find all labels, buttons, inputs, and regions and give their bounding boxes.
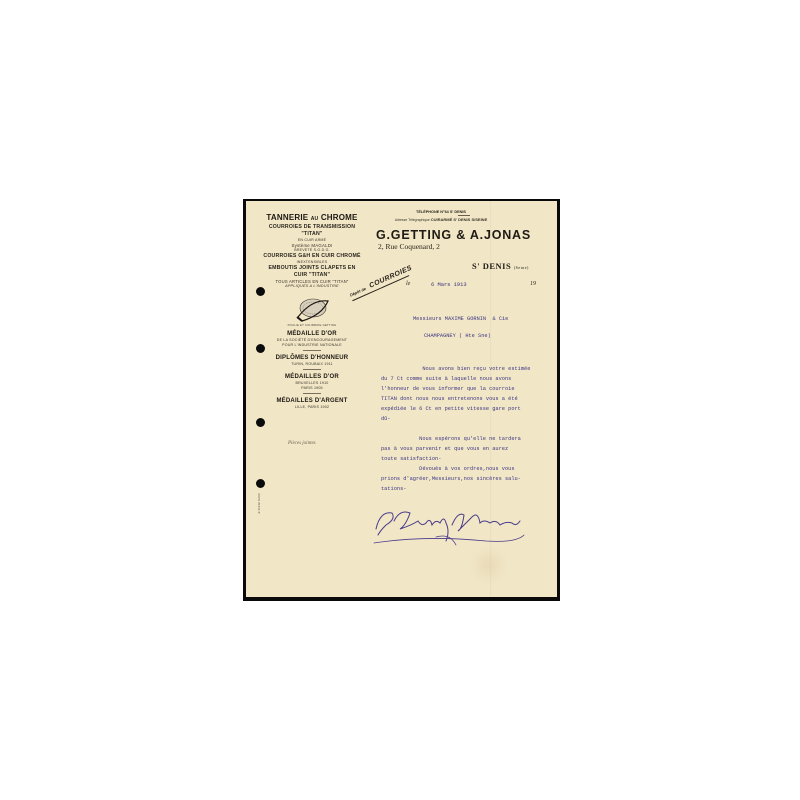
body-line: TITAN dont nous nous entretenons vous a …	[381, 394, 530, 404]
product-line: COURROIES DE TRANSMISSION "TITAN"	[262, 224, 362, 238]
medal-line: PARIS 1905	[262, 386, 362, 391]
divider	[458, 215, 470, 216]
letter-page: IMPRIMERIE TANNERIE AU CHROME COURROIES …	[246, 201, 557, 597]
punch-hole	[256, 479, 265, 488]
firm-name: G.GETTING & A.JONAS	[376, 228, 551, 242]
body-line: prions d'agréer,Messieurs,nos sincères s…	[381, 474, 530, 484]
body-line: toute satisfaction-	[381, 454, 530, 464]
letterhead-right: TÉLÉPHONE N°64 S' DENIS Adresse Télégrap…	[376, 210, 551, 251]
product-line: EMBOUTIS JOINTS CLAPETS EN CUIR "TITAN"	[262, 265, 362, 279]
divider	[303, 350, 321, 351]
body-line	[381, 424, 530, 434]
divider	[303, 369, 321, 370]
medal-title: MÉDAILLES D'OR	[262, 373, 362, 381]
printer-mark: IMPRIMERIE	[257, 493, 260, 514]
body-line: tations-	[381, 484, 530, 494]
letter-date: 6 Mars 1913	[431, 282, 467, 288]
punch-hole	[256, 418, 265, 427]
street-address: 2, Rue Coquenard, 2	[378, 242, 551, 251]
city: S' DENIS (Seine)	[472, 261, 529, 271]
belt-caption: POULIE ET COURROIE GETTING	[262, 323, 362, 327]
divider	[303, 393, 321, 394]
tannery-title: TANNERIE AU CHROME	[262, 213, 362, 224]
telephone: TÉLÉPHONE N°64 S' DENIS	[376, 210, 506, 214]
recipient-city: CHAMPAGNEY ( Hte Sne)	[424, 331, 491, 341]
body-line: pas à vous parvenir et que vous en aurez	[381, 444, 530, 454]
pieces-jointes-label: Pièces jointes	[288, 441, 316, 446]
body-line: Dévoués à vos ordres,nous vous	[381, 464, 530, 474]
medal-line: POUR L'INDUSTRIE NATIONALE	[262, 343, 362, 348]
letter-body: Nous avons bien reçu votre estiméedu 7 C…	[381, 364, 530, 494]
signature: G.Getting & A.Jonas	[366, 501, 536, 551]
medal-line: TURIN, ROUBAIX 1911	[262, 362, 362, 367]
medal-title: MÉDAILLES D'ARGENT	[262, 397, 362, 405]
medal-line: LILLE, PARIS 1902	[262, 405, 362, 410]
belt-pulley-illustration	[292, 295, 332, 323]
medal-title: MÉDAILLE D'OR	[262, 330, 362, 338]
body-line: dû-	[381, 414, 530, 424]
letterhead-left-column: TANNERIE AU CHROME COURROIES DE TRANSMIS…	[262, 213, 362, 410]
medal-title: DIPLÔMES D'HONNEUR	[262, 354, 362, 362]
product-line: COURROIES G&H EN CUIR CHROMÉ	[262, 253, 362, 260]
body-line: Nous avons bien reçu votre estimée	[381, 364, 530, 374]
recipient-name: Messieurs MAXIME GORNIN & Cie	[413, 314, 508, 324]
date-line: le 6 Mars 1913 19	[406, 281, 546, 291]
body-line: Nous espérons qu'elle ne tardera	[381, 434, 530, 444]
body-line: du 7 Ct comme suite à laquelle nous avon…	[381, 374, 530, 384]
body-line: l'honneur de vous informer que la courro…	[381, 384, 530, 394]
telegraph-address: Adresse Télégraphique CUIRARMÉ S' DENIS …	[376, 217, 506, 222]
body-line: expédiée le 6 Ct en petite vitesse gare …	[381, 404, 530, 414]
